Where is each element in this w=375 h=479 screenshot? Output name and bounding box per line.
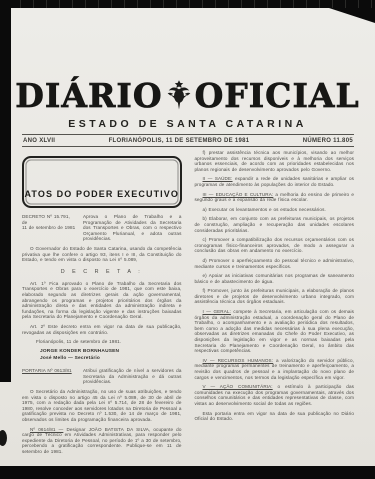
decreta-heading: D E C R E T A :	[22, 269, 182, 275]
portaria-number-label: PORTARIA Nº 0613/81	[22, 368, 76, 381]
body-paragraph: II — SAÚDE: expandir a rede de unidades …	[195, 176, 355, 187]
edition-year: ANO XLVII	[23, 138, 55, 144]
decree-number-line1: DECRETO Nº 15.791, de	[22, 214, 76, 225]
body-paragraph: e) Apoiar as iniciativas comunitárias no…	[195, 273, 355, 284]
masthead: DIÁRIO OFICIAL	[0, 77, 375, 115]
masthead-title-right: OFICIAL	[195, 77, 360, 115]
body-paragraph: f) Promover, junto às prefeituras munici…	[195, 288, 355, 305]
portaria-number: PORTARIA Nº 0613/81	[22, 368, 72, 373]
body-paragraph: V — AÇÃO COMUNITÁRIA: o estímulo à parti…	[195, 384, 355, 406]
body-paragraph: III — EDUCAÇÃO E CULTURA: a melhoria do …	[195, 192, 355, 203]
masthead-title-left: DIÁRIO	[15, 77, 162, 115]
left-column: ATOS DO PODER EXECUTIVO DECRETO Nº 15.79…	[22, 150, 182, 459]
page-columns: ATOS DO PODER EXECUTIVO DECRETO Nº 15.79…	[22, 150, 354, 459]
decree-article-2: Art. 2º Este decreto entra em vigor na d…	[22, 324, 182, 335]
body-paragraph: IV — RECURSOS HUMANOS: a valorização do …	[195, 358, 355, 380]
decree-header: DECRETO Nº 15.791, de 11 de setembro de …	[22, 214, 182, 242]
scanner-bed-left-edge	[0, 0, 11, 382]
decree-place-date: Florianópolis, 11 de setembro de 1981.	[36, 339, 182, 345]
body-paragraph: Esta portaria entra em vigor na data de …	[195, 411, 355, 422]
decree-article-1: Art. 1º Fica aprovado o Plano de Trabalh…	[22, 281, 182, 320]
body-paragraph: c) Promover a compatibilização dos recur…	[195, 237, 355, 254]
portaria-ementa: Atribui gratificação de nível a servidor…	[83, 368, 182, 385]
decree-preamble: O Governador do Estado de Santa Catarina…	[22, 246, 182, 263]
decree-number-line2: 11 de setembro de 1981	[22, 225, 76, 231]
edition-place-date: FLORIANÓPOLIS, 11 DE SETEMBRO DE 1981	[109, 138, 250, 144]
decree-number-label: DECRETO Nº 15.791, de 11 de setembro de …	[22, 214, 76, 238]
portaria-header: PORTARIA Nº 0613/81 Atribui gratificação…	[22, 368, 182, 385]
section-header-box: ATOS DO PODER EXECUTIVO	[22, 156, 182, 208]
body-paragraph: b) Elaborar, em conjunto com as prefeitu…	[195, 216, 355, 233]
coat-of-arms-icon	[166, 79, 192, 113]
page-corner-shadow	[329, 8, 375, 23]
signature-governor: JORGE KONDER BORNHAUSEN	[40, 349, 182, 355]
body-paragraph: f) prestar assistência técnica aos munic…	[195, 150, 355, 172]
body-paragraph: I — GERAL: compete à Secretaria, em arti…	[195, 309, 355, 354]
signature-secretary: José Mello — Secretário	[40, 356, 182, 362]
body-paragraph: a) Executar os levantamentos e os estudo…	[195, 207, 355, 213]
signature-block: JORGE KONDER BORNHAUSEN José Mello — Sec…	[22, 349, 182, 363]
gazette-page: DIÁRIO OFICIAL ESTADO DE SANTA CATARINA …	[0, 8, 375, 466]
body-paragraph: d) Promover o aperfeiçoamento do pessoal…	[195, 258, 355, 269]
decree-ementa: Aprova o Plano de Trabalho e a Programaç…	[83, 214, 182, 242]
section-title: ATOS DO PODER EXECUTIVO	[25, 189, 180, 199]
edition-info-bar: ANO XLVII FLORIANÓPOLIS, 11 DE SETEMBRO …	[22, 134, 354, 147]
portaria-body-paragraph: Nº 0614/81 — Designar JOÃO BATISTA DA SI…	[22, 427, 182, 455]
portaria-body-paragraph: O Secretário da Administração, no uso de…	[22, 389, 182, 423]
state-subtitle: ESTADO DE SANTA CATARINA	[0, 118, 375, 130]
edition-number: NÚMERO 11.805	[303, 138, 353, 144]
right-column: f) prestar assistência técnica aos munic…	[195, 150, 355, 459]
